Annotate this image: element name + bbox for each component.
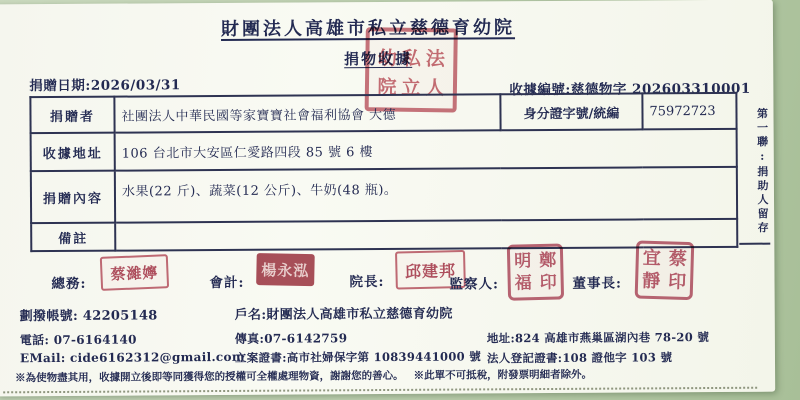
donation-info-table: 捐贈者 社團法人中華民國等家寶寶社會福利協會 大德 身分證字號/統編 75972… <box>29 92 738 252</box>
accountant-stamp: 楊永泓 <box>256 253 315 286</box>
footer-note-1: ※為使物盡其用，收據開立後即等同獲得您的授權可全權處理物資，謝謝您的善心。 <box>15 370 404 384</box>
donation-content-value: 水果(22 斤)、蔬菜(12 公斤)、牛奶(48 瓶)。 <box>115 167 737 223</box>
account-name: 戶名:財團法人高雄市私立慈德育幼院 <box>235 303 453 323</box>
footer-notes: ※為使物盡其用，收據開立後即等同獲得您的授權可全權處理物資，謝謝您的善心。※此單… <box>15 366 777 386</box>
giro-account-label: 劃撥帳號: <box>20 309 78 324</box>
email-address: EMail: cide6162312@gmail.com <box>20 350 245 365</box>
legal-cert: 法人登記證書:108 證他字 103 號 <box>487 349 672 366</box>
donation-date-label: 捐贈日期: <box>29 78 91 94</box>
seal-char: 印 <box>664 270 691 294</box>
receipt-paper: 財團法人高雄市私立慈德育幼院 捐物收據 法 私 幼 人 立 院 捐贈日期:202… <box>0 0 775 396</box>
footer-note-2: ※此單不可抵稅，附發票明細者除外。 <box>414 369 593 382</box>
seal-char: 印 <box>535 271 561 294</box>
table-row-address: 收據地址 106 台北市大安區仁愛路四段 85 號 6 樓 <box>31 129 737 171</box>
donation-date-value: 2026/03/31 <box>91 77 181 94</box>
perforation-dotted-line <box>3 387 757 394</box>
table-row-remarks: 備註 <box>31 219 737 251</box>
copy-retention-note: 第一聯:捐助人留存 <box>738 92 770 245</box>
chairman-label: 董事長: <box>572 272 622 292</box>
receipt-address-label: 收據地址 <box>31 133 115 172</box>
remarks-label: 備註 <box>31 223 115 252</box>
seal-char: 宜 <box>638 246 665 270</box>
table-row-content: 捐贈內容 水果(22 斤)、蔬菜(12 公斤)、牛奶(48 瓶)。 <box>31 167 737 223</box>
registration-cert: 立案證書:高市社婦保字第 10839441000 號 <box>235 348 481 366</box>
seal-char: 福 <box>510 272 536 295</box>
giro-account: 劃撥帳號: 42205148 <box>20 304 158 324</box>
donor-label: 捐贈者 <box>30 97 114 134</box>
general-affairs-stamp: 蔡濰嬣 <box>100 254 169 291</box>
photo-background: 財團法人高雄市私立慈德育幼院 捐物收據 法 私 幼 人 立 院 捐贈日期:202… <box>0 0 800 400</box>
seal-char: 幼 <box>375 44 399 73</box>
id-number-value: 75972723 <box>642 93 736 130</box>
seal-char: 靜 <box>638 270 665 294</box>
seal-char: 法 <box>423 45 447 74</box>
general-affairs-label: 總務: <box>51 272 86 292</box>
donation-date: 捐贈日期:2026/03/31 <box>29 73 181 94</box>
supervisor-seal-stamp: 鄭 明 印 福 <box>507 243 564 300</box>
id-number-label: 身分證字號/統編 <box>500 93 642 130</box>
org-address: 地址:824 高雄市燕巢區湖內巷 78-20 號 <box>487 329 709 346</box>
chairman-seal-stamp: 蔡 宜 印 靜 <box>635 240 695 300</box>
seal-char: 鄭 <box>535 249 561 272</box>
supervisor-label: 監察人: <box>449 272 499 292</box>
donor-value: 社團法人中華民國等家寶寶社會福利協會 大德 <box>114 94 500 132</box>
accountant-label: 會計: <box>209 271 244 291</box>
table-row-donor: 捐贈者 社團法人中華民國等家寶寶社會福利協會 大德 身分證字號/統編 75972… <box>30 93 736 133</box>
fax-number: 傳真:07-6142759 <box>235 329 348 347</box>
phone-number: 電話: 07-6164140 <box>20 331 137 349</box>
donation-content-label: 捐贈內容 <box>31 171 115 224</box>
seal-char: 明 <box>510 250 536 273</box>
seal-char: 私 <box>399 45 423 74</box>
director-label: 院長: <box>349 270 384 290</box>
giro-account-value: 42205148 <box>83 308 158 323</box>
receipt-address-value: 106 台北市大安區仁愛路四段 85 號 6 樓 <box>115 129 737 171</box>
seal-char: 蔡 <box>664 247 691 271</box>
